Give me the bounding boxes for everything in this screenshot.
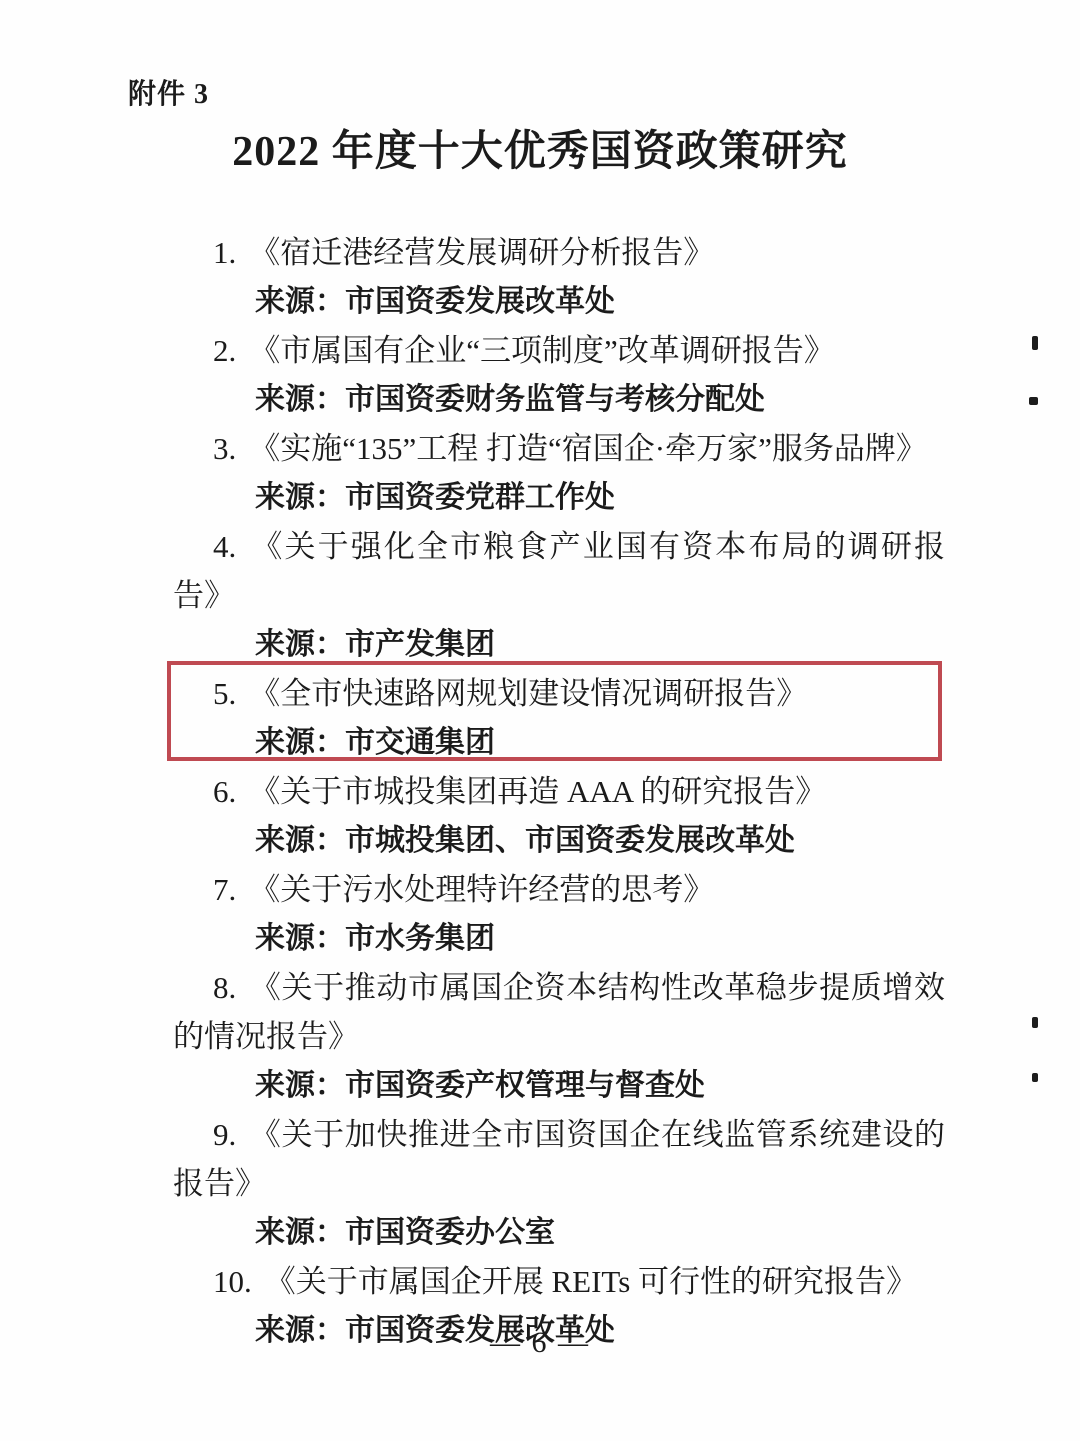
list-item: 5.《全市快速路网规划建设情况调研报告》 来源：市交通集团 [173,669,945,767]
item-source-line: 来源：市国资委办公室 [173,1208,945,1257]
list-item: 1.《宿迁港经营发展调研分析报告》 来源：市国资委发展改革处 [173,228,945,326]
item-source-line: 来源：市产发集团 [173,620,945,669]
item-number: 2. [193,326,236,375]
item-title-line: 4.《关于强化全市粮食产业国有资本布局的调研报告》 [173,522,945,620]
scan-artifact-mark [1029,397,1038,405]
research-items-list: 1.《宿迁港经营发展调研分析报告》 来源：市国资委发展改革处 2.《市属国有企业… [173,228,945,1355]
item-number: 9. [193,1110,236,1159]
list-item: 2.《市属国有企业“三项制度”改革调研报告》 来源：市国资委财务监管与考核分配处 [173,326,945,424]
scan-artifact-mark [1032,1017,1038,1028]
item-title-text: 《关于污水处理特许经营的思考》 [249,872,714,907]
item-title-line: 7.《关于污水处理特许经营的思考》 [173,865,945,914]
scanned-document-page: 附件 3 2022 年度十大优秀国资政策研究 1.《宿迁港经营发展调研分析报告》… [0,0,1080,1441]
item-title-text: 《宿迁港经营发展调研分析报告》 [249,235,714,270]
item-source-line: 来源：市交通集团 [173,718,945,767]
scan-artifact-mark [1032,1073,1038,1082]
item-title-text: 《关于市属国企开展 REITs 可行性的研究报告》 [265,1264,917,1299]
attachment-label: 附件 3 [128,72,209,112]
item-number: 1. [193,228,236,277]
list-item: 3.《实施“135”工程 打造“宿国企·牵万家”服务品牌》 来源：市国资委党群工… [173,424,945,522]
item-title-text: 《关于推动市属国企资本结构性改革稳步提质增效的情况报告》 [173,970,945,1054]
item-title-line: 3.《实施“135”工程 打造“宿国企·牵万家”服务品牌》 [173,424,945,473]
item-title-text: 《实施“135”工程 打造“宿国企·牵万家”服务品牌》 [249,431,927,466]
document-title: 2022 年度十大优秀国资政策研究 [0,118,1080,178]
item-title-line: 2.《市属国有企业“三项制度”改革调研报告》 [173,326,945,375]
item-title-line: 9.《关于加快推进全市国资国企在线监管系统建设的报告》 [173,1110,945,1208]
list-item: 8.《关于推动市属国企资本结构性改革稳步提质增效的情况报告》 来源：市国资委产权… [173,963,945,1110]
item-title-text: 《市属国有企业“三项制度”改革调研报告》 [249,333,835,368]
item-title-line: 10.《关于市属国企开展 REITs 可行性的研究报告》 [173,1257,945,1306]
item-title-text: 《全市快速路网规划建设情况调研报告》 [249,676,807,711]
list-item: 6.《关于市城投集团再造 AAA 的研究报告》 来源：市城投集团、市国资委发展改… [173,767,945,865]
item-number: 4. [193,522,236,571]
item-source-line: 来源：市水务集团 [173,914,945,963]
page-number: — 6 — [0,1326,1080,1360]
list-item: 9.《关于加快推进全市国资国企在线监管系统建设的报告》 来源：市国资委办公室 [173,1110,945,1257]
item-number: 6. [193,767,236,816]
list-item: 7.《关于污水处理特许经营的思考》 来源：市水务集团 [173,865,945,963]
item-title-text: 《关于强化全市粮食产业国有资本布局的调研报告》 [173,529,945,613]
item-number: 10. [193,1257,252,1306]
list-item: 4.《关于强化全市粮食产业国有资本布局的调研报告》 来源：市产发集团 [173,522,945,669]
item-title-text: 《关于加快推进全市国资国企在线监管系统建设的报告》 [173,1117,945,1201]
item-title-line: 5.《全市快速路网规划建设情况调研报告》 [173,669,945,718]
item-source-line: 来源：市城投集团、市国资委发展改革处 [173,816,945,865]
item-number: 5. [193,669,236,718]
item-number: 3. [193,424,236,473]
item-source-line: 来源：市国资委党群工作处 [173,473,945,522]
item-number: 8. [193,963,236,1012]
item-source-line: 来源：市国资委发展改革处 [173,277,945,326]
item-title-text: 《关于市城投集团再造 AAA 的研究报告》 [249,774,826,809]
item-title-line: 8.《关于推动市属国企资本结构性改革稳步提质增效的情况报告》 [173,963,945,1061]
item-title-line: 6.《关于市城投集团再造 AAA 的研究报告》 [173,767,945,816]
item-source-line: 来源：市国资委财务监管与考核分配处 [173,375,945,424]
item-title-line: 1.《宿迁港经营发展调研分析报告》 [173,228,945,277]
item-source-line: 来源：市国资委产权管理与督查处 [173,1061,945,1110]
scan-artifact-mark [1032,336,1038,350]
item-number: 7. [193,865,236,914]
